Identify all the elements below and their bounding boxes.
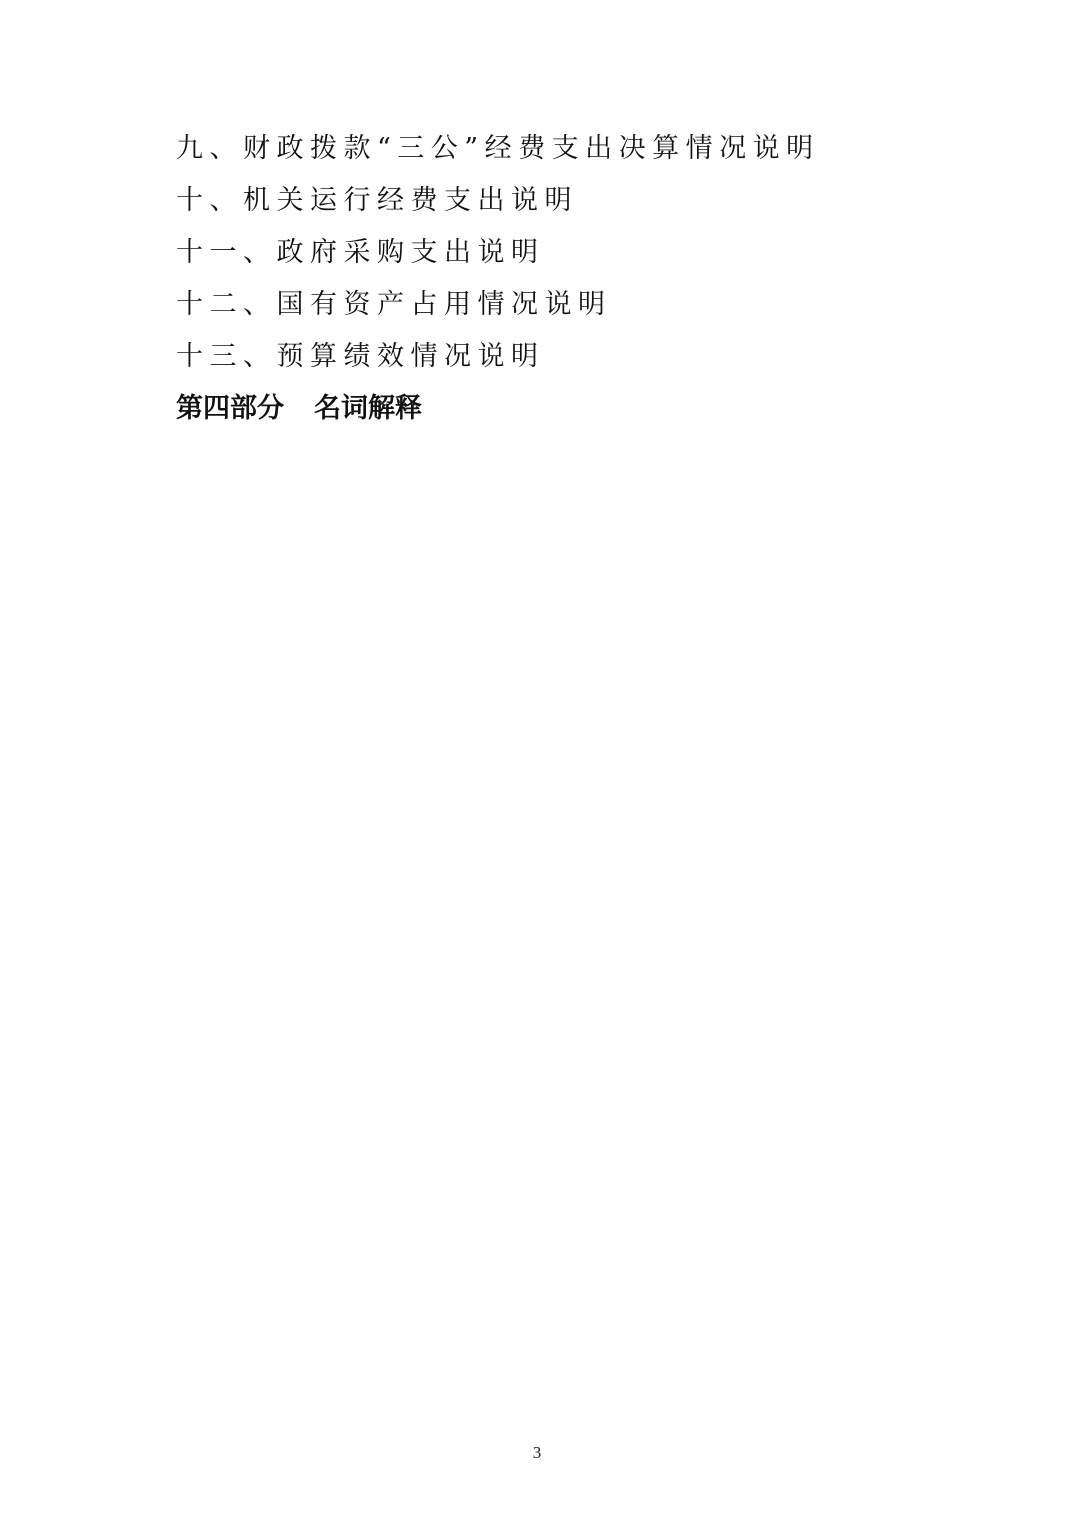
page-number: 3 xyxy=(0,1443,1074,1463)
toc-item-9: 九、财政拨款“三公”经费支出决算情况说明 xyxy=(176,131,820,167)
section-part-label: 第四部分 xyxy=(176,393,284,424)
toc-item-13: 十三、预算绩效情况说明 xyxy=(176,339,545,375)
toc-section-heading: 第四部分名词解释 xyxy=(176,391,422,427)
section-title: 名词解释 xyxy=(314,393,422,424)
toc-item-11: 十一、政府采购支出说明 xyxy=(176,235,545,271)
document-page: 九、财政拨款“三公”经费支出决算情况说明 十、机关运行经费支出说明 十一、政府采… xyxy=(0,0,1074,1520)
toc-item-10: 十、机关运行经费支出说明 xyxy=(176,183,578,219)
toc-item-12: 十二、国有资产占用情况说明 xyxy=(176,287,612,323)
